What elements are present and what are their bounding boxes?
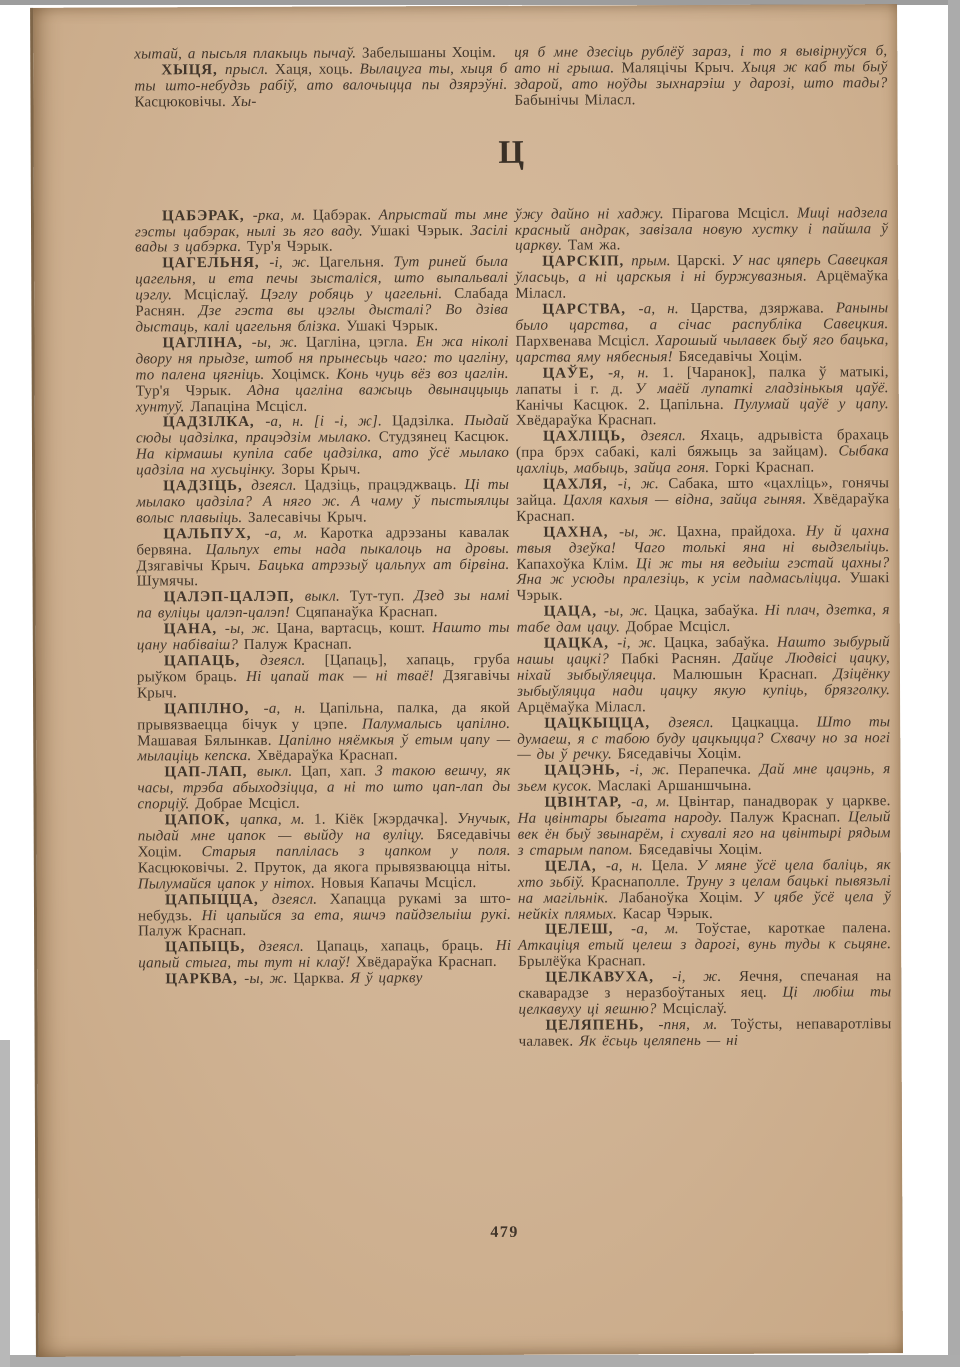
dictionary-entry: ЦАПІЛНО, -а, н. Цапільна, палка, да якой… [137,701,510,766]
entry-headword: ЦЕЛЕШ, [545,922,631,938]
entry-regular-text: Цапаць, хапаць, браць. [316,938,495,955]
dictionary-entry: ЦАГЛІНА, -ы, ж. Цагліна, цэгла. Ен жа ні… [135,335,508,416]
entry-italic-text: -а, н. [638,301,690,317]
entry-regular-text: Царства, дзяржава. [691,300,836,317]
entry-italic-text: -пня, м. [658,1017,731,1033]
entry-headword: ЦАЦЭНЬ, [544,763,629,779]
scanner-edge-bottom [0,1355,960,1367]
entry-italic-text: Ні цапыйся за ета, яшчэ пайдзелыіш рукі. [202,906,511,923]
entry-italic-text: прым. [631,253,677,269]
entry-regular-text: Арцёмаўка Міласл. [517,699,646,716]
entry-regular-text: Хвёдараўка Краснап. [257,748,398,765]
dictionary-entry: ЦАПЫЦЦА, дзеясл. Хапацца рукамі за што-н… [138,891,511,940]
entry-italic-text: -а, н. [264,700,320,716]
top-continuation-section: хытай, а пысьля плакыць пычаў. Забелышан… [134,44,888,111]
entry-italic-text: цапка, м. [240,812,314,828]
entry-italic-text: выкл. [305,589,350,605]
entry-regular-text: Зоры Крыч. [281,462,360,478]
entry-headword: ЦЕЛЯПЕНЬ, [545,1017,658,1033]
entry-regular-text: Бабынічы Міласл. [514,92,635,109]
entry-regular-text: Цацкацца. [731,714,816,730]
page-number: 479 [490,1224,519,1242]
entry-italic-text: -ы, ж. [225,621,277,637]
entry-italic-text: -і, ж. [618,476,669,492]
entry-italic-text: -а, м. [265,525,321,541]
dictionary-entry: ЦАЦКА, -і, ж. Цацка, забаўка. Нашто зыбу… [517,635,890,716]
entry-italic-text: Цэглу робяць у цагельні. [260,286,454,303]
dictionary-entry: ЦАП-ЛАП, выкл. Цап, хап. З такою вешчу, … [137,764,510,813]
entry-italic-text: Ні цапай так — ні тваё! [246,668,443,685]
dictionary-entry: ЦАХЛІЦЬ, дзеясл. Яхаць, адрывіста брахац… [516,428,889,477]
dictionary-entry: ХЫЦЯ, прысл. Хаця, хоць. Вылацуга ты, хы… [134,62,507,111]
entry-regular-text: Шумячы. [137,574,199,590]
dictionary-entry: ЦАЦЭНЬ, -і, ж. Перапечка. Дай мне цацэнь… [517,762,890,795]
entry-italic-text: Пулумай цаўё у цапу. [734,396,889,413]
entry-regular-text: Мсціслаў. [184,287,260,303]
top-right-column: ця б мне дзесіць рублёў зараз, і то я вы… [514,44,887,109]
entry-regular-text: Цана, вартасць, кошт. [277,620,433,637]
entry-regular-text: Пабкі Раснян. [621,651,733,667]
entry-regular-text: Цацка, забаўка. [654,603,764,619]
scanner-edge-left [0,1040,10,1367]
entry-regular-text: Касцюковічы. 2. Пруток, да якога прывязв… [138,859,511,877]
entry-headword: ЦАХНА, [543,524,619,540]
entry-regular-text: Царква. [293,971,350,987]
entry-italic-text: дзеясл. [258,939,316,955]
entry-headword: ЦАПОК, [165,812,241,828]
dictionary-entry: ЦАЛЬПУХ, -а, м. Каротка адрэзаны кавалак… [136,526,509,591]
entry-regular-text: Цвінтар, панадворак у царкве. [678,793,890,810]
entry-italic-text: -і, ж. [269,255,319,271]
entry-italic-text: -а, н. [і -і, ж]. [265,414,392,431]
entry-regular-text: Горкі Краснап. [715,460,814,476]
entry-italic-text: Палумалысь цапілно. [362,715,510,732]
entry-regular-text: Машавая Бялынкав. [137,732,278,749]
entry-regular-text: Мсціслаў. [662,1001,727,1017]
entry-headword: ЦАДЗІЛКА, [163,414,266,430]
dictionary-entry: ЦАЦКЫЦЦА, дзеясл. Цацкацца. Што ты думае… [517,715,890,764]
scanner-edge-right [948,0,960,1367]
entry-regular-text: Перапечка. [678,762,759,778]
left-column: ЦАБЭРАК, -рка, м. Цабэрак. Апрыстай ты м… [135,207,512,1184]
dictionary-entry: ЦАХНА, -ы, ж. Цахна, прайдоха. Ну й цахн… [516,524,889,605]
dictionary-entry: ЦАБЭРАК, -рка, м. Цабэрак. Апрыстай ты м… [135,207,508,256]
entry-headword: ЦАДЗІЦЬ, [163,478,251,494]
dictionary-entry: ЦАЎЕ, -я, н. 1. [Чаранок], палка ў матык… [516,365,889,430]
entry-italic-text: Бацька атрэзыў цальпух ат бірвіна. [258,556,509,573]
entry-italic-text: Цальпух еты нада пыкалоць на дровы. [206,540,510,557]
entry-regular-text: Палуж Краснап. [244,637,352,653]
entry-headword: ЦАБЭРАК, [162,208,253,224]
entry-italic-text: Пылумайся цапок у нітох. [138,875,321,892]
entry-headword: ЦАРСТВА, [542,301,638,317]
entry-regular-text: Тоўстае, кароткае палена. [696,921,891,938]
entry-regular-text: Бяседавічы Хоцім. [618,746,742,763]
entry-italic-text: На цвінтары быгата народу. [518,810,731,827]
entry-italic-text: дзеясл. [668,714,731,730]
page-content: хытай, а пысьля плакыць пычаў. Забелышан… [134,44,893,1184]
entry-regular-text: Сцяпанаўка Краснап. [296,604,438,621]
entry-regular-text: Добрае Мсцісл. [626,619,731,635]
entry-italic-text: -і, ж. [630,762,679,778]
entry-regular-text: Хвёдараўка Краснап. [356,954,497,971]
entry-italic-text: дзеясл. [272,891,330,907]
entry-regular-text: Цабэрак. [313,207,379,223]
entry-regular-text: Касар Чэрык. [623,905,713,921]
dictionary-entry: ЦАНА, -ы, ж. Цана, вартасць, кошт. Нашто… [137,621,510,654]
dictionary-entry: ЦЕЛЯПЕНЬ, -пня, м. Тоўсты, непаваротлівы… [518,1017,891,1050]
entry-italic-text: Цахля кахыя — відна, зайца гыняя. [563,491,813,508]
entry-italic-text: -і, ж. [672,969,739,985]
entry-regular-text: Палуж Краснап. [138,923,246,939]
entry-headword: ЦАП-ЛАП, [164,764,257,780]
dictionary-entry: ЦАПЫЦЬ, дзеясл. Цапаць, хапаць, браць. Н… [138,939,511,972]
entry-regular-text: Дзягавічы Крыч. [136,557,258,574]
entry-regular-text: Забелышаны Хоцім. [362,45,496,62]
entry-headword: ЦАЦА, [544,604,604,620]
entry-regular-text: Царскі. [677,253,732,269]
entry-regular-text: Маслакі Аршаншчына. [598,778,752,795]
entry-italic-text: прысл. [225,62,275,78]
dictionary-entry: ЦЕЛЕШ, -а, м. Тоўстае, кароткае палена. … [518,922,891,971]
entry-regular-text: Цагельня. [319,255,393,271]
entry-regular-text: Лабаноўка Хоцім. [619,889,753,906]
entry-italic-text: Старыя паплілась з цапком у поля. [202,843,511,860]
entry-italic-text: Я ў царкву [350,970,423,986]
entry-headword: ЦАРКВА, [165,971,244,987]
entry-regular-text: Цадзіць, працэджваць. [305,477,465,494]
entry-regular-text: Бяседавічы Хоцім. [639,842,763,859]
entry-headword: ХЫЦЯ, [161,62,225,78]
entry-headword: ЦАГЕЛЬНЯ, [162,255,269,271]
entry-headword: ЦАПЫЦЬ, [165,939,258,955]
entry-regular-text: Там жа. [568,238,621,254]
entry-regular-text: Тут-туп. [350,589,415,605]
dictionary-entry: ЦАПОК, цапка, м. 1. Кіёк [жэрдачка]. Уну… [138,812,511,893]
entry-headword: ЦАЦКЫЦЦА, [544,715,668,732]
dictionary-entry: ЦАРСКІП, прым. Царскі. У нас цяперь Саве… [515,253,888,302]
entry-regular-text: Хаця, хоць. [275,61,360,77]
entry-regular-text: Касцюковічы. [134,94,231,110]
entry-regular-text: Тур'я Чэрык. [247,239,333,255]
entry-regular-text: Цела. [652,858,697,874]
entry-regular-text: Тур'я Чэрык. [136,383,247,399]
entry-headword: ЦЕЛКАВУХА, [545,969,672,986]
entry-headword: ЦАХЛЯ, [543,476,618,492]
entry-regular-text: Цагліна, цэгла. [306,334,416,350]
entry-regular-text: Ушакі Чэрык. [346,318,438,334]
entry-regular-text: Цадзілка. [392,413,464,429]
entry-regular-text: Пірагова Мсцісл. [672,205,797,222]
entry-regular-text: Цахна, прайдоха. [677,523,806,540]
entry-italic-text: -і, ж. [617,635,664,651]
dictionary-entry: ЦАДЗІЦЬ, дзеясл. Цадзіць, працэджваць. Ц… [136,478,509,527]
entry-regular-text: Цап, хап. [301,764,375,780]
entry-headword: ЦАХЛІЦЬ, [543,429,641,445]
entry-italic-text: Хы- [232,94,257,110]
entry-headword: ЦАПАЦЬ, [164,653,260,669]
entry-regular-text: Хвёдараўка Краснап. [516,413,657,430]
entry-regular-text: Лапаціна Мсцісл. [190,398,307,415]
entry-italic-text: ўжу дайно ні хаджу. [515,206,672,223]
entry-headword: ЦАПЫЦЦА, [165,891,272,907]
entry-headword: ЦАЦКА, [544,635,617,651]
dictionary-entry: ЦЕЛА, -а, н. Цела. У мяне ўсё цела баліц… [518,858,891,923]
entry-headword: ЦАЛЬПУХ, [163,526,264,542]
entry-headword: ЦЕЛА, [545,858,606,874]
entry-italic-text: дзеясл. [251,478,304,494]
entry-regular-text: Палуж Краснап. [730,809,848,826]
entry-italic-text: -ы, ж. [244,971,293,987]
entry-italic-text: выкл. [257,764,301,780]
top-left-column: хытай, а пысьля плакыць пычаў. Забелышан… [134,46,507,111]
entry-headword: ЦВІНТАР, [544,794,631,810]
entry-regular-text: Залесавічы Крыч. [248,509,367,526]
dictionary-entry: ЦЕЛКАВУХА, -і, ж. Яечня, спечаная на ска… [518,969,891,1018]
entry-italic-text: -рка, м. [253,207,313,223]
entry-regular-text: Студзянец Касцюк. [379,429,509,446]
entry-italic-text: -ы, ж. [252,335,306,351]
entry-regular-text: Канічы Касцюк. 2. Цапільна. [516,396,734,413]
entry-headword: ЦАРСКІП, [542,254,631,270]
entry-regular-text: Цацка, забаўка. [664,635,777,651]
entry-italic-text: Як ёсьць целяпень — ні [579,1033,738,1050]
dictionary-page: хытай, а пысьля плакыць пычаў. Забелышан… [30,4,903,1357]
entry-regular-text: 1. Кіёк [жэрдачка]. [314,811,457,828]
entry-italic-text: -а, м. [631,794,678,810]
main-text-section: ЦАБЭРАК, -рка, м. Цабэрак. Апрыстай ты м… [135,206,893,1184]
dictionary-entry: ЦАРСТВА, -а, н. Царства, дзяржава. Ранын… [515,301,888,366]
entry-italic-text: -ы, ж. [619,524,677,540]
entry-italic-text: Аткаціця етый целеш з дарогі, вунь туды … [518,936,891,954]
entry-regular-text: Пархвенава Мсцісл. [515,333,655,350]
entry-regular-text: Хоцімск. [271,366,336,382]
entry-italic-text: У маёй лупаткі гладзінькыя цаўё. [635,380,889,397]
entry-regular-text: Ушакі Чэрык. [370,223,470,239]
entry-regular-text: Новыя Капачы Мсцісл. [321,875,477,892]
section-letter-heading: Ц [135,135,889,171]
entry-italic-text: -а, м. [631,921,696,937]
entry-headword: ЦАЎЕ, [543,365,609,381]
continuation-paragraph: ўжу дайно ні хаджу. Пірагова Мсцісл. Миц… [515,206,888,255]
entry-italic-text: дзеясл. [260,653,325,669]
entry-regular-text: Бяседавічы Хоцім. [679,348,803,365]
dictionary-entry: ЦАРКВА, -ы, ж. Царква. Я ў царкву [138,971,511,989]
entry-headword: ЦАНА, [164,621,225,637]
entry-italic-text: Конь чуць вёз воз цаглін. [336,366,508,383]
entry-regular-text: Малюшын Краснап. [673,666,834,683]
entry-regular-text: Капахоўка Клім. [516,556,636,573]
right-column: ўжу дайно ні хаджу. Пірагова Мсцісл. Миц… [515,206,892,1183]
dictionary-entry: ЦАЦА, -ы, ж. Цацка, забаўка. Ні плач, дз… [517,603,890,636]
continuation-paragraph: ця б мне дзесіць рублёў зараз, і то я вы… [514,44,887,109]
entry-regular-text: Краснаполле. [591,874,686,890]
dictionary-entry: ЦАГЕЛЬНЯ, -і, ж. Цагельня. Тут риней был… [135,255,508,336]
dictionary-entry: ЦАПАЦЬ, дзеясл. [Цапаць], хапаць, груба … [137,653,510,702]
dictionary-entry: ЦВІНТАР, -а, м. Цвінтар, панадворак у ца… [518,794,891,859]
dictionary-entry: ЦАЛЭП-ЦАЛЭП, выкл. Тут-туп. Дзед зы намі… [137,589,510,622]
entry-regular-text: Маляцічы Крыч. [621,60,741,77]
entry-italic-text: -а, н. [606,858,652,874]
entry-headword: ЦАГЛІНА, [162,335,251,351]
entry-italic-text: хытай, а пысьля плакыць пычаў. [134,45,362,62]
dictionary-entry: ЦАДЗІЛКА, -а, н. [і -і, ж]. Цадзілка. Пы… [136,414,509,479]
entry-regular-text: Брылёўка Краснап. [518,953,646,970]
entry-headword: ЦАЛЭП-ЦАЛЭП, [164,589,305,606]
entry-italic-text: -я, н. [608,365,662,381]
entry-italic-text: дзеясл. [641,428,701,444]
entry-italic-text: -ы, ж. [604,603,654,619]
dictionary-entry: ЦАХЛЯ, -і, ж. Сабака, што «цахліць», гон… [516,476,889,525]
entry-headword: ЦАПІЛНО, [164,701,264,717]
entry-regular-text: Добрае Мсцісл. [195,796,300,812]
